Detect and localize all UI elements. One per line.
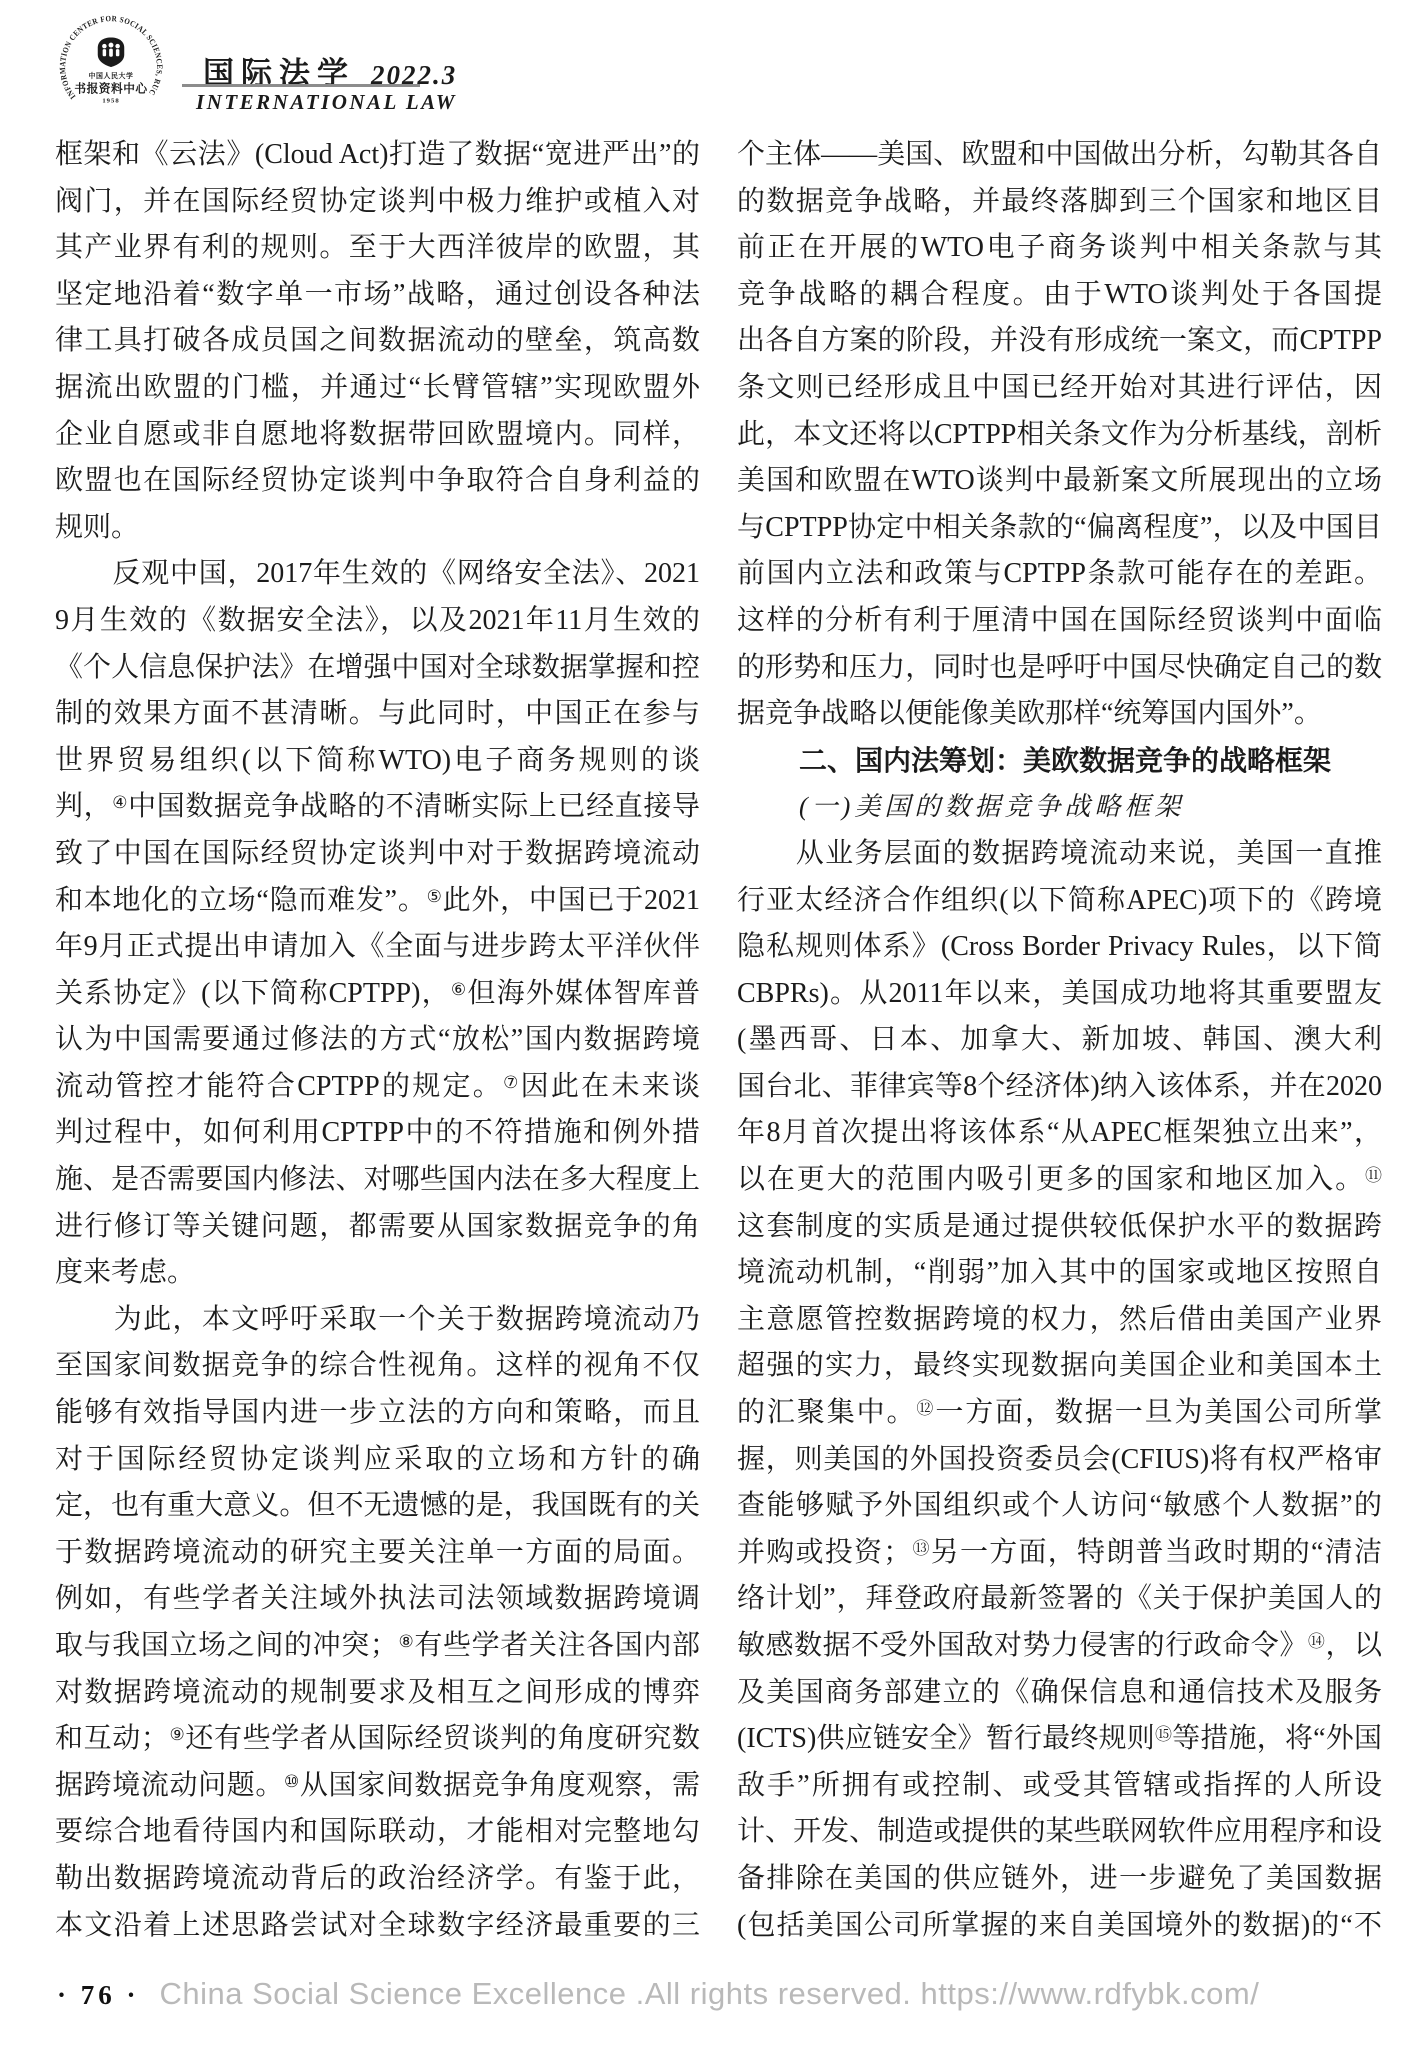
- text-line: 《个人信息保护法》在增强中国对全球数据掌握和控: [55, 645, 700, 692]
- text-line: 敏感数据不受外国敌对势力侵害的行政命令》⑭，以: [737, 1623, 1382, 1670]
- text-line: 至国家间数据竞争的综合性视角。这样的视角不仅: [55, 1343, 700, 1390]
- text-line: 本文沿着上述思路尝试对全球数字经济最重要的三: [55, 1903, 700, 1950]
- text-line: 握，则美国的外国投资委员会(CFIUS)将有权严格审: [737, 1437, 1382, 1484]
- text-line: 定，也有重大意义。但不无遗憾的是，我国既有的关: [55, 1483, 700, 1530]
- text-line: (墨西哥、日本、加拿大、新加坡、韩国、澳大利亚、中: [737, 1017, 1382, 1064]
- text-line: 从业务层面的数据跨境流动来说，美国一直推: [737, 831, 1382, 878]
- text-line: 致了中国在国际经贸协定谈判中对于数据跨境流动: [55, 831, 700, 878]
- text-line: 个主体——美国、欧盟和中国做出分析，勾勒其各自: [737, 132, 1382, 179]
- text-line: 年8月首次提出将该体系“从APEC框架独立出来”，: [737, 1110, 1382, 1157]
- text-line: 关系协定》(以下简称CPTPP)，⑥但海外媒体智库普遍: [55, 971, 700, 1018]
- text-line: 的形势和压力，同时也是呼吁中国尽快确定自己的数: [737, 645, 1382, 692]
- footnote-marker: ⑩: [284, 1772, 300, 1791]
- text-line: 主意愿管控数据跨境的权力，然后借由美国产业界: [737, 1297, 1382, 1344]
- footnote-marker: ⑪: [1365, 1166, 1382, 1185]
- text-line: 9月生效的《数据安全法》，以及2021年11月生效的: [55, 598, 700, 645]
- text-line: 条文则已经形成且中国已经开始对其进行评估，因: [737, 365, 1382, 412]
- text-line: 度来考虑。: [55, 1250, 700, 1297]
- text-line: (包括美国公司所掌握的来自美国境外的数据)的“不: [737, 1903, 1382, 1950]
- text-line: 前国内立法和政策与CPTPP条款可能存在的差距。: [737, 551, 1382, 598]
- text-line: 坚定地沿着“数字单一市场”战略，通过创设各种法: [55, 272, 700, 319]
- text-line: 及美国商务部建立的《确保信息和通信技术及服务: [737, 1670, 1382, 1717]
- journal-logo: INFORMATION CENTER FOR SOCIAL SCIENCES, …: [57, 14, 165, 120]
- footnote-marker: ⑭: [1308, 1632, 1326, 1651]
- text-line: 出各自方案的阶段，并没有形成统一案文，而CPTPP: [737, 318, 1382, 365]
- text-line: 反观中国，2017年生效的《网络安全法》、2021年: [55, 551, 700, 598]
- section-heading: 二、国内法筹划：美欧数据竞争的战略框架: [737, 738, 1382, 785]
- footnote-marker: ⑤: [427, 887, 443, 906]
- logo-org-line2: 书报资料中心: [74, 81, 148, 95]
- text-line: 律工具打破各成员国之间数据流动的壁垒，筑高数: [55, 318, 700, 365]
- text-line: CBPRs)。从2011年以来，美国成功地将其重要盟友: [737, 971, 1382, 1018]
- logo-year: 1958: [102, 98, 119, 105]
- text-line: 此，本文还将以CPTPP相关条文作为分析基线，剖析: [737, 412, 1382, 459]
- logo-emblem: [98, 37, 124, 67]
- text-line: 判过程中，如何利用CPTPP中的不符措施和例外措: [55, 1110, 700, 1157]
- footnote-marker: ⑮: [1155, 1725, 1172, 1744]
- text-line: 这套制度的实质是通过提供较低保护水平的数据跨: [737, 1204, 1382, 1251]
- text-line: 据流出欧盟的门槛，并通过“长臂管辖”实现欧盟外: [55, 365, 700, 412]
- text-line: 隐私规则体系》(Cross Border Privacy Rules，以下简称: [737, 924, 1382, 971]
- text-line: 竞争战略的耦合程度。由于WTO谈判处于各国提: [737, 272, 1382, 319]
- text-line: 其产业界有利的规则。至于大西洋彼岸的欧盟，其: [55, 225, 700, 272]
- text-line: 敌手”所拥有或控制、或受其管辖或指挥的人所设: [737, 1763, 1382, 1810]
- text-line: 据跨境流动问题。⑩从国家间数据竞争角度观察，需: [55, 1763, 700, 1810]
- journal-title-en: INTERNATIONAL LAW: [196, 90, 457, 115]
- footnote-marker: ⑬: [911, 1539, 931, 1558]
- text-line: 以在更大的范围内吸引更多的国家和地区加入。⑪: [737, 1157, 1382, 1204]
- left-column: 框架和《云法》(Cloud Act)打造了数据“宽进严出”的阀门，并在国际经贸协…: [55, 132, 700, 1949]
- text-line: 勒出数据跨境流动背后的政治经济学。有鉴于此，: [55, 1856, 700, 1903]
- text-line: 对数据跨境流动的规制要求及相互之间形成的博弈: [55, 1670, 700, 1717]
- text-line: 年9月正式提出申请加入《全面与进步跨太平洋伙伴: [55, 924, 700, 971]
- text-line: (ICTS)供应链安全》暂行最终规则⑮等措施，将“外国: [737, 1716, 1382, 1763]
- text-line: 于数据跨境流动的研究主要关注单一方面的局面。: [55, 1530, 700, 1577]
- text-line: 框架和《云法》(Cloud Act)打造了数据“宽进严出”的: [55, 132, 700, 179]
- text-line: 流动管控才能符合CPTPP的规定。⑦因此在未来谈: [55, 1064, 700, 1111]
- text-line: 企业自愿或非自愿地将数据带回欧盟境内。同样，: [55, 412, 700, 459]
- text-line: 进行修订等关键问题，都需要从国家数据竞争的角: [55, 1204, 700, 1251]
- text-line: 世界贸易组织(以下简称WTO)电子商务规则的谈: [55, 738, 700, 785]
- text-line: 施、是否需要国内修法、对哪些国内法在多大程度上: [55, 1157, 700, 1204]
- text-line: 国台北、菲律宾等8个经济体)纳入该体系，并在2020: [737, 1064, 1382, 1111]
- text-line: 阀门，并在国际经贸协定谈判中极力维护或植入对: [55, 179, 700, 226]
- text-line: 为此，本文呼吁采取一个关于数据跨境流动乃: [55, 1297, 700, 1344]
- text-line: 据竞争战略以便能像美欧那样“统筹国内国外”。: [737, 691, 1382, 738]
- text-line: 要综合地看待国内和国际联动，才能相对完整地勾: [55, 1809, 700, 1856]
- footnote-marker: ⑧: [398, 1632, 415, 1651]
- text-line: 对于国际经贸协定谈判应采取的立场和方针的确: [55, 1437, 700, 1484]
- page-number: · 76 ·: [57, 1980, 140, 2011]
- footnote-marker: ⑦: [503, 1073, 521, 1092]
- scanned-page: INFORMATION CENTER FOR SOCIAL SCIENCES, …: [0, 0, 1426, 2056]
- text-line: 计、开发、制造或提供的某些联网软件应用程序和设: [737, 1809, 1382, 1856]
- text-line: 行亚太经济合作组织(以下简称APEC)项下的《跨境: [737, 878, 1382, 925]
- footnote-marker: ⑫: [916, 1399, 935, 1418]
- text-line: 制的效果方面不甚清晰。与此同时，中国正在参与: [55, 691, 700, 738]
- logo-org-line1: 中国人民大学: [88, 71, 133, 80]
- text-line: 判，④中国数据竞争战略的不清晰实际上已经直接导: [55, 784, 700, 831]
- text-line: 欧盟也在国际经贸协定谈判中争取符合自身利益的: [55, 458, 700, 505]
- text-line: 认为中国需要通过修法的方式“放松”国内数据跨境: [55, 1017, 700, 1064]
- text-line: 与CPTPP协定中相关条款的“偏离程度”，以及中国目: [737, 505, 1382, 552]
- footnote-marker: ⑥: [451, 980, 467, 999]
- text-line: 境流动机制，“削弱”加入其中的国家或地区按照自: [737, 1250, 1382, 1297]
- text-line: 例如，有些学者关注域外执法司法领域数据跨境调: [55, 1576, 700, 1623]
- subsection-heading: (一)美国的数据竞争战略框架: [737, 784, 1382, 831]
- text-line: 规则。: [55, 505, 700, 552]
- text-line: 超强的实力，最终实现数据向美国企业和美国本土: [737, 1343, 1382, 1390]
- text-line: 前正在开展的WTO电子商务谈判中相关条款与其: [737, 225, 1382, 272]
- text-line: 美国和欧盟在WTO谈判中最新案文所展现出的立场: [737, 458, 1382, 505]
- footnote-marker: ⑨: [169, 1725, 186, 1744]
- text-line: 这样的分析有利于厘清中国在国际经贸谈判中面临: [737, 598, 1382, 645]
- page-footer: · 76 · China Social Science Excellence .…: [57, 1976, 1387, 2012]
- text-line: 络计划”，拜登政府最新签署的《关于保护美国人的: [737, 1576, 1382, 1623]
- text-line: 和本地化的立场“隐而难发”。⑤此外，中国已于2021: [55, 878, 700, 925]
- text-line: 取与我国立场之间的冲突；⑧有些学者关注各国内部: [55, 1623, 700, 1670]
- text-line: 的汇聚集中。⑫一方面，数据一旦为美国公司所掌: [737, 1390, 1382, 1437]
- text-line: 和互动；⑨还有些学者从国际经贸谈判的角度研究数: [55, 1716, 700, 1763]
- right-column: 个主体——美国、欧盟和中国做出分析，勾勒其各自的数据竞争战略，并最终落脚到三个国…: [737, 132, 1382, 1949]
- watermark-text: China Social Science Excellence .All rig…: [160, 1976, 1260, 2012]
- text-line: 的数据竞争战略，并最终落脚到三个国家和地区目: [737, 179, 1382, 226]
- title-rule: [182, 84, 420, 87]
- text-line: 查能够赋予外国组织或个人访问“敏感个人数据”的: [737, 1483, 1382, 1530]
- footnote-marker: ④: [112, 793, 128, 812]
- text-line: 备排除在美国的供应链外，进一步避免了美国数据: [737, 1856, 1382, 1903]
- text-line: 并购或投资；⑬另一方面，特朗普当政时期的“清洁网: [737, 1530, 1382, 1577]
- text-line: 能够有效指导国内进一步立法的方向和策略，而且: [55, 1390, 700, 1437]
